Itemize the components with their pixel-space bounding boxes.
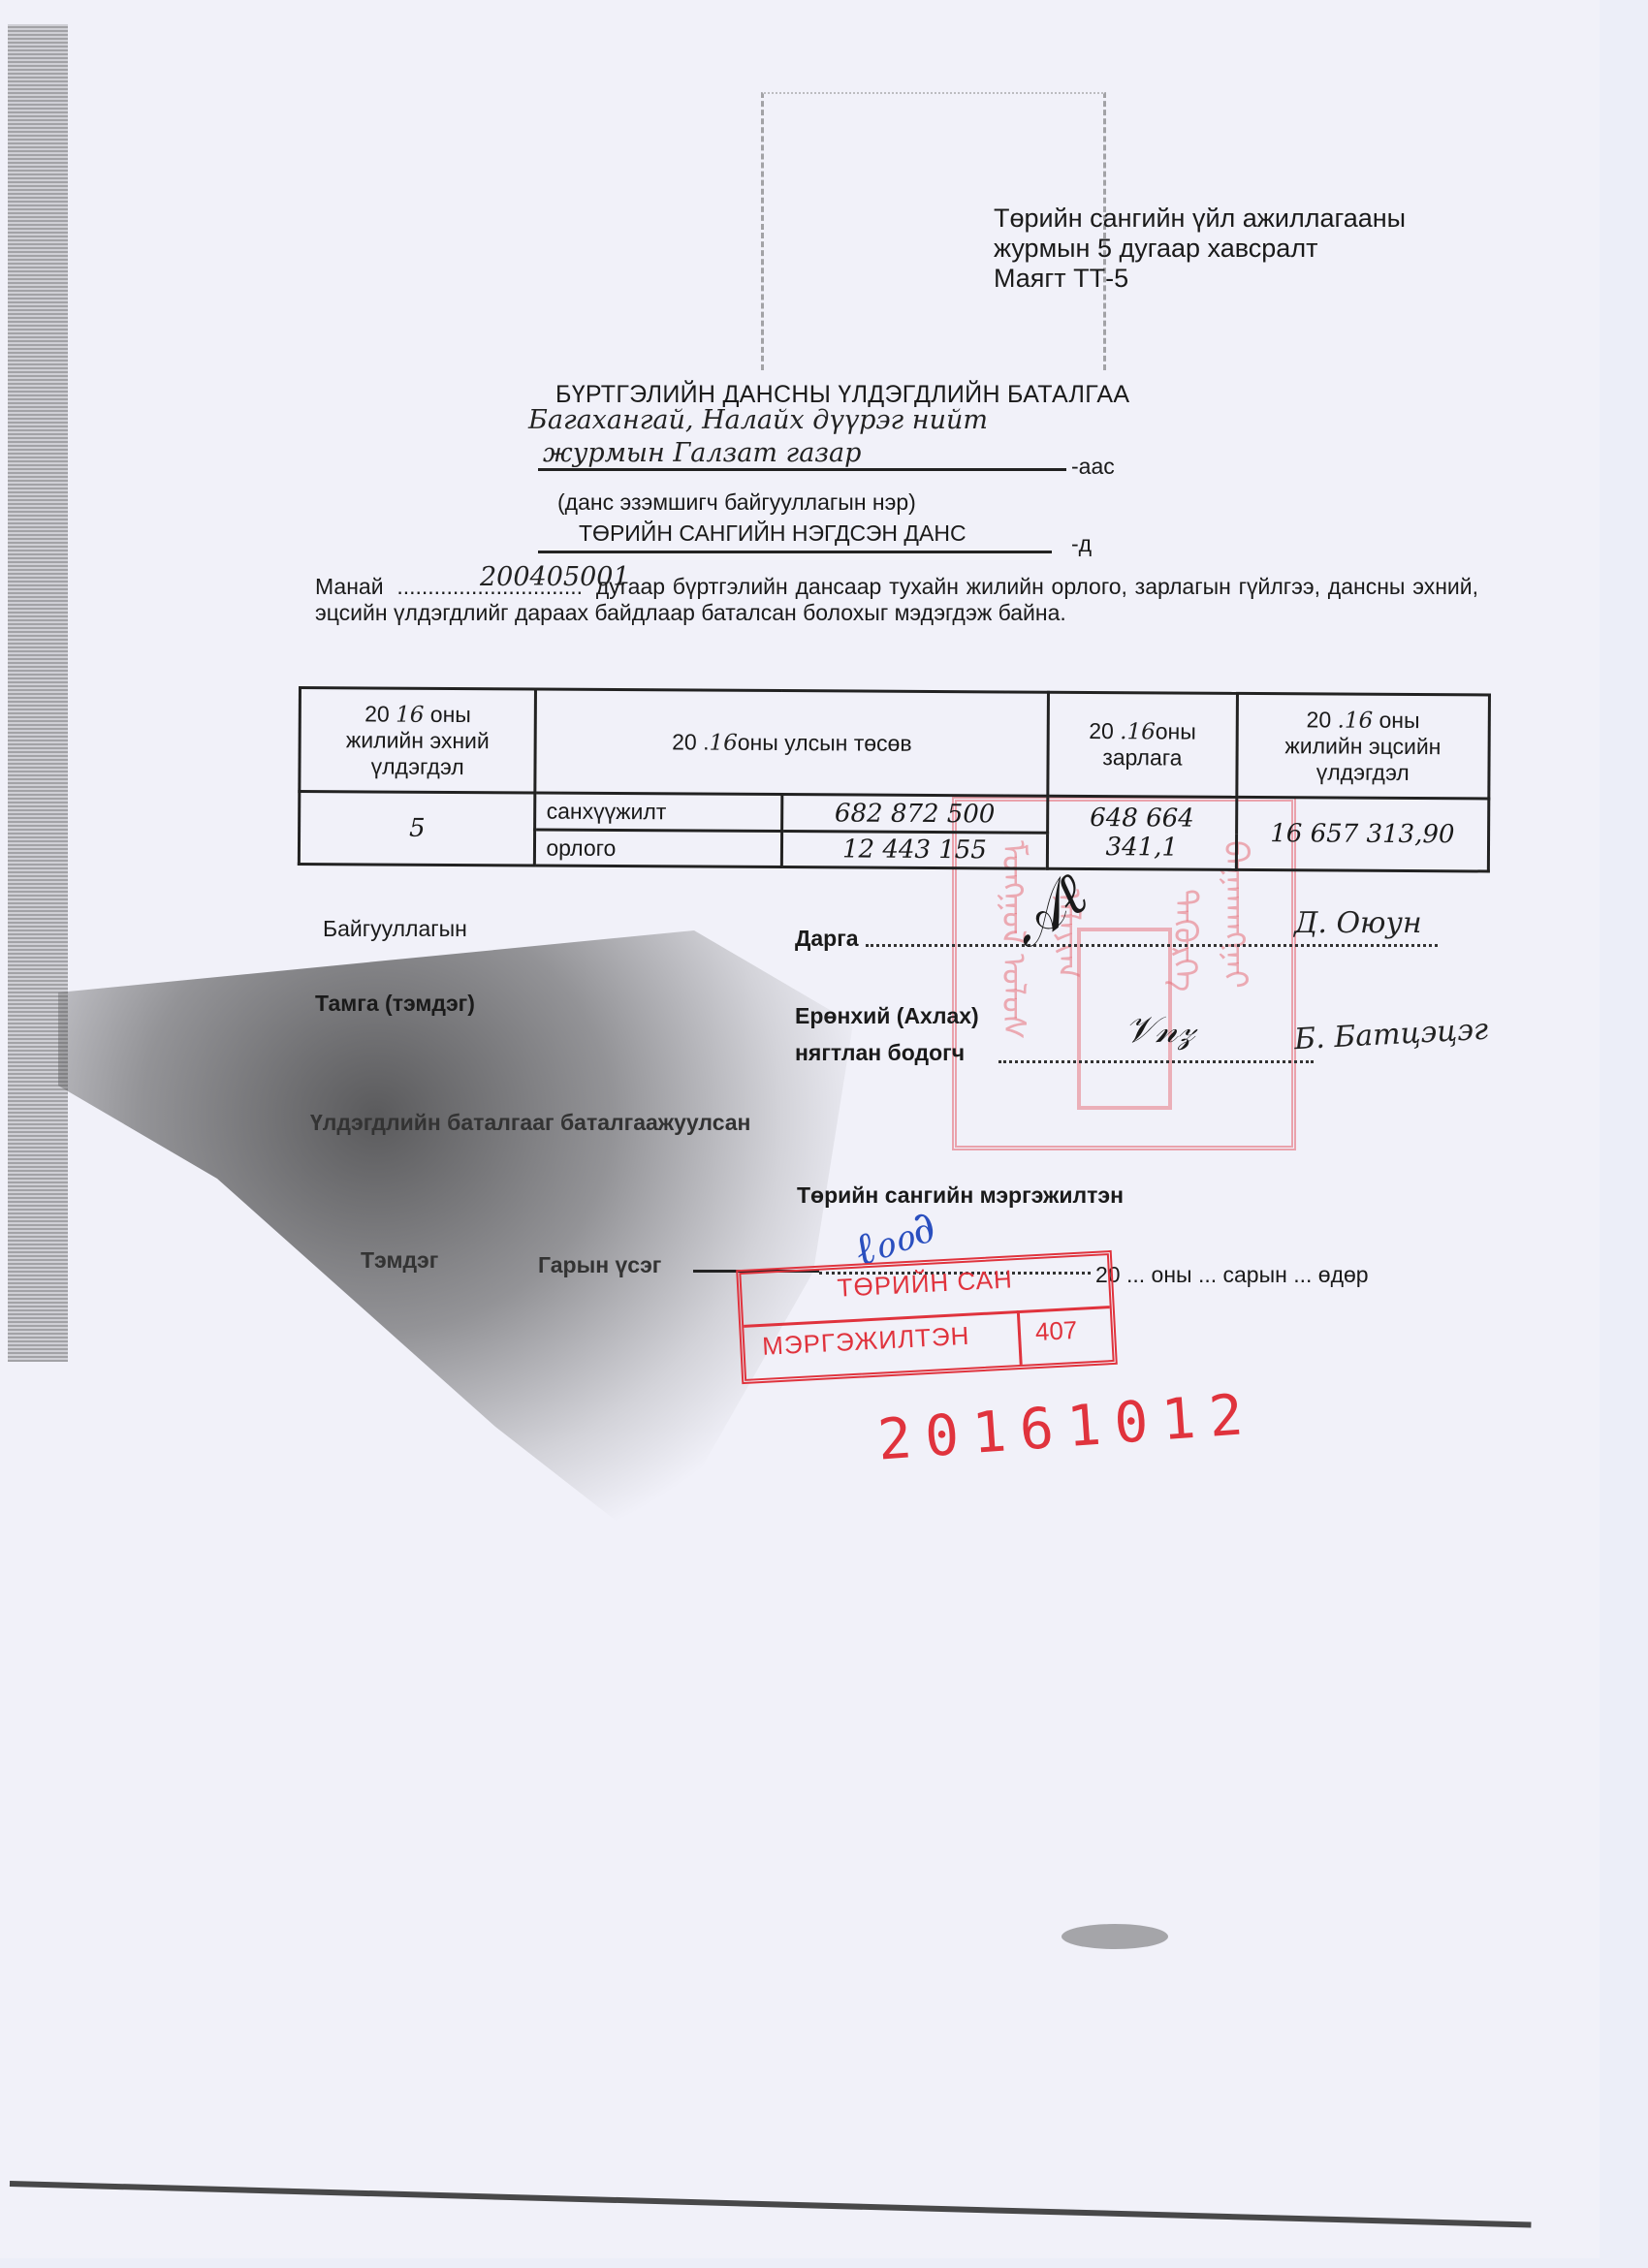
seal-label: Тамга (тэмдэг) bbox=[315, 991, 475, 1017]
header-state-budget: 20 .16оны улсын төсөв bbox=[535, 689, 1048, 796]
header-note: Төрийн сангийн үйл ажиллагааны журмын 5 … bbox=[994, 204, 1406, 294]
treasury-specialist-label: Төрийн сангийн мэргэжилтэн bbox=[797, 1182, 1124, 1209]
accountant-label-line2: нягтлан бодогч bbox=[795, 1040, 965, 1066]
account-owner-handwritten-1: Багахангай, Налайх дүүрэг нийт bbox=[528, 405, 988, 435]
cell-closing-balance: 16 657 313,90 bbox=[1236, 797, 1489, 871]
accountant-signature-line bbox=[998, 1060, 1314, 1063]
recipient-underline bbox=[538, 551, 1052, 553]
scan-shadow-left bbox=[8, 24, 68, 1362]
stamp-number: 407 bbox=[1034, 1315, 1078, 1347]
paragraph-dots: .............................. bbox=[396, 574, 583, 599]
ink-blot bbox=[1062, 1924, 1168, 1949]
confirmed-label: Үлдэгдлийн баталгааг баталгаажуулсан bbox=[310, 1110, 750, 1136]
treasury-specialist-stamp: ТӨРИЙН САН МЭРГЭЖИЛТЭН 407 bbox=[736, 1250, 1118, 1384]
accountant-label-line1: Ерөнхий (Ахлах) bbox=[795, 1003, 979, 1029]
stamp-line2: МЭРГЭЖИЛТЭН bbox=[762, 1321, 971, 1362]
balance-table: 20 16 оны жилийн эхний үлдэгдэл 20 .16он… bbox=[298, 686, 1491, 873]
cell-income-value: 12 443 155 bbox=[781, 832, 1047, 869]
paragraph-prefix: Манай bbox=[315, 574, 384, 599]
account-owner-handwritten-2: журмын Галзат газар bbox=[543, 438, 861, 468]
stamp-label: Тэмдэг bbox=[361, 1247, 438, 1274]
account-owner-caption: (данс эзэмшигч байгууллагын нэр) bbox=[557, 489, 916, 516]
seal-mongol-script-right: ᠳᠡᠭᠦᠷᠭᠡ bbox=[1156, 889, 1214, 992]
account-owner-suffix: -аас bbox=[1071, 454, 1115, 480]
cell-financing-label: санхүүжилт bbox=[535, 793, 782, 832]
signature-label: Гарын үсэг bbox=[538, 1252, 661, 1278]
director-label: Дарга bbox=[795, 926, 859, 952]
cell-financing-value: 682 872 500 bbox=[782, 795, 1048, 834]
table-header-row: 20 16 оны жилийн эхний үлдэгдэл 20 .16он… bbox=[300, 688, 1490, 799]
header-opening-balance: 20 16 оны жилийн эхний үлдэгдэл bbox=[300, 688, 536, 793]
cell-expenditure: 648 664 341,1 bbox=[1047, 796, 1236, 869]
accountant-signature: 𝒱𝓃𝓏 bbox=[1125, 1008, 1195, 1052]
cell-opening-balance: 5 bbox=[299, 792, 535, 866]
header-expenditure: 20 .16оны зарлага bbox=[1048, 692, 1237, 797]
director-signature-line bbox=[866, 944, 1438, 947]
account-owner-underline bbox=[538, 468, 1066, 471]
recipient-name: ТӨРИЙН САНГИЙН НЭГДСЭН ДАНС bbox=[579, 520, 967, 547]
header-note-line2: журмын 5 дугаар хавсралт bbox=[994, 234, 1406, 264]
statement-paragraph: Манай .............................. дуг… bbox=[315, 574, 1478, 626]
header-note-line1: Төрийн сангийн үйл ажиллагааны bbox=[994, 204, 1406, 234]
form-code: Маягт ТТ-5 bbox=[994, 264, 1406, 294]
org-label: Байгууллагын bbox=[323, 916, 467, 942]
header-closing-balance: 20 .16 оны жилийн эцсийн үлдэгдэл bbox=[1236, 693, 1489, 799]
date-line: 20 ... оны ... сарын ... өдөр bbox=[1095, 1262, 1369, 1288]
director-name-handwritten: Д. Оюун bbox=[1294, 906, 1422, 940]
recipient-suffix: -д bbox=[1071, 531, 1092, 557]
stamp-line1: ТӨРИЙН САН bbox=[742, 1259, 1109, 1308]
table-row: 5 санхүүжилт 682 872 500 648 664 341,1 1… bbox=[300, 792, 1489, 835]
cell-income-label: орлого bbox=[535, 830, 782, 867]
